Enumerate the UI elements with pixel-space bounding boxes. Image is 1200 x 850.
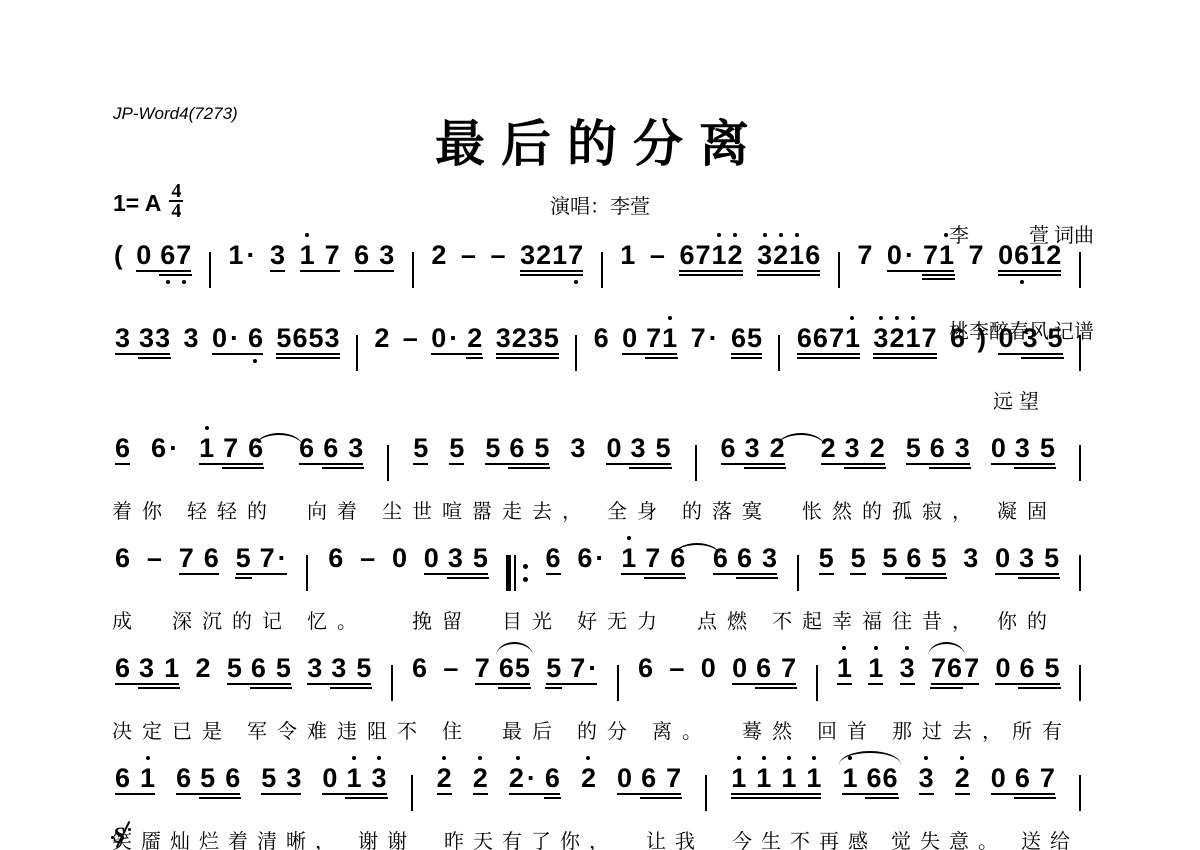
- note-subgroup: 53: [261, 765, 301, 792]
- note: 7·: [691, 325, 718, 352]
- augmentation-dot: ·: [449, 325, 458, 352]
- beam-underline: [138, 687, 180, 689]
- music-row-1: (0671·317632––32171–6712321670·7170612: [112, 230, 1087, 288]
- note: 7·: [570, 655, 597, 682]
- note-subgroup: 63: [737, 545, 777, 572]
- note: 5: [544, 325, 559, 352]
- beam-underline: [721, 463, 785, 465]
- note: 7: [568, 242, 583, 269]
- note-subgroup: 3217: [520, 242, 583, 269]
- note: 6: [797, 325, 812, 352]
- note-group: 335: [307, 655, 371, 693]
- note: 3: [1015, 435, 1030, 462]
- note-group: 065: [995, 655, 1059, 693]
- note-group: 6·: [151, 435, 178, 464]
- note: 0: [322, 765, 337, 792]
- barline: [1079, 555, 1081, 591]
- note-group: 1·: [228, 242, 255, 271]
- note-group: 067: [732, 655, 796, 693]
- octave-dot-high: [733, 233, 737, 237]
- note-group: 63: [354, 242, 394, 276]
- note-subgroup: 5: [413, 435, 428, 462]
- octave-dot-high: [911, 316, 915, 320]
- note: 3: [155, 325, 170, 352]
- note-subgroup: 32: [845, 435, 885, 462]
- note-subgroup: 66: [866, 765, 897, 792]
- note: 5: [276, 655, 291, 682]
- octave-dot-high: [305, 233, 309, 237]
- octave-dot-high: [787, 756, 791, 760]
- octave-dot-high: [146, 756, 150, 760]
- segno-dot: [111, 836, 114, 839]
- lyrics-line: 远望: [112, 385, 1087, 414]
- note: 5: [819, 545, 834, 572]
- beam-underline: [508, 467, 550, 469]
- augmentation-dot: ·: [527, 765, 536, 792]
- note: 3: [745, 435, 760, 462]
- octave-dot-high: [879, 316, 883, 320]
- note: 0·: [887, 242, 914, 269]
- parenthesis: ): [977, 325, 986, 351]
- barline: [695, 445, 697, 481]
- note: 6: [115, 545, 130, 572]
- note: 2: [870, 435, 885, 462]
- barline: [601, 252, 603, 288]
- note: 2: [467, 325, 482, 352]
- barline: [387, 445, 389, 481]
- note: 5: [200, 765, 215, 792]
- note-group: 3: [184, 325, 199, 354]
- note: 3: [1022, 325, 1037, 352]
- note-group: 2: [374, 325, 389, 354]
- note-subgroup: 35: [1019, 545, 1059, 572]
- note: 6: [594, 325, 609, 352]
- beam-underline: [995, 573, 1059, 575]
- note: 3: [448, 545, 463, 572]
- note-group: 035: [995, 545, 1059, 583]
- beam-underline: [115, 793, 155, 795]
- note: 1: [731, 765, 746, 792]
- note-subgroup: 35: [448, 545, 488, 572]
- note: 2: [728, 242, 743, 269]
- note: 7: [645, 545, 660, 572]
- beam-underline: [179, 573, 219, 575]
- beam-underline: [991, 793, 1055, 795]
- note-subgroup: 6: [594, 325, 609, 352]
- beam-underline: [431, 353, 482, 355]
- note-group: 7·: [691, 325, 718, 354]
- beam-underline: [644, 577, 686, 579]
- beam-underline: [545, 687, 562, 689]
- note-subgroup: 0: [136, 242, 151, 269]
- note-subgroup: 6: [248, 325, 263, 352]
- tie-arc: [839, 751, 900, 765]
- note: 1: [662, 325, 677, 352]
- note: 2: [437, 765, 452, 792]
- note-subgroup: 5: [850, 545, 865, 572]
- note: 7: [695, 242, 710, 269]
- note-group: 65: [731, 325, 762, 363]
- beam-underline: [995, 683, 1059, 685]
- beam-underline: [413, 463, 428, 465]
- note: 5: [261, 765, 276, 792]
- lyrics-line: 成 深沉的记 忆。 挽留 目光 好无力 点燃 不起幸福往昔， 你的: [112, 605, 1087, 634]
- augmentation-dot: ·: [595, 545, 604, 572]
- repeat-thin-bar: [514, 555, 516, 591]
- note-group: 663: [713, 545, 777, 583]
- duration-dash: –: [669, 655, 684, 682]
- note-subgroup: 32: [745, 435, 785, 462]
- beam-underline: [520, 274, 583, 276]
- beam-underline: [322, 467, 364, 469]
- note-subgroup: 6: [546, 545, 561, 572]
- note: 3: [570, 435, 585, 462]
- note-group: 565: [882, 545, 946, 583]
- beam-underline: [873, 353, 936, 355]
- note: 2: [431, 242, 446, 269]
- note-subgroup: 0·: [212, 325, 239, 352]
- note: 3: [307, 655, 322, 682]
- note: 6: [160, 242, 175, 269]
- beam-underline: [473, 793, 488, 795]
- beam-underline: [887, 270, 954, 272]
- beam-underline: [679, 274, 742, 276]
- note-group: 035: [998, 325, 1062, 363]
- notation-line: 66·176663555653035632232563035: [112, 423, 1087, 481]
- beam-underline: [227, 683, 291, 685]
- note-subgroup: 63: [354, 242, 394, 269]
- note-group: 1: [620, 242, 635, 271]
- note: 2: [955, 765, 970, 792]
- note-subgroup: 71: [646, 325, 677, 352]
- note: 1: [620, 242, 635, 269]
- note: 3: [379, 242, 394, 269]
- octave-dot-high: [442, 756, 446, 760]
- note-subgroup: 5: [227, 655, 242, 682]
- note: 7: [931, 655, 946, 682]
- music-row-5: 63125653356–76557·6–0067113767065决定已是 军令…: [112, 643, 1087, 744]
- note: 3: [762, 545, 777, 572]
- note-group: 2: [437, 765, 452, 799]
- note-subgroup: 35: [331, 655, 371, 682]
- octave-dot-low: [574, 280, 578, 284]
- beam-underline: [115, 463, 130, 465]
- beam-underline: [797, 353, 860, 355]
- note-subgroup: 2: [581, 765, 596, 792]
- note: 3: [270, 242, 285, 269]
- note-group: 0·2: [431, 325, 482, 363]
- octave-dot-high: [874, 646, 878, 650]
- octave-dot-low: [1020, 280, 1024, 284]
- note: 7: [325, 242, 340, 269]
- note-group: 2: [431, 242, 446, 271]
- note-subgroup: 1: [621, 545, 636, 572]
- repeat-dot: [523, 564, 528, 569]
- note: 3: [963, 545, 978, 572]
- barline: [306, 555, 308, 591]
- augmentation-dot: ·: [709, 325, 718, 352]
- beam-underline: [276, 357, 339, 359]
- note: 5: [276, 325, 291, 352]
- note: 5: [485, 435, 500, 462]
- lyrics-line: 笑靥灿烂着清晰， 谢谢 昨天有了你， 让我 今生不再感 觉失意。 送给: [112, 825, 1087, 850]
- beam-underline: [929, 467, 971, 469]
- beam-underline: [797, 357, 860, 359]
- note: 6: [638, 655, 653, 682]
- barline: [778, 335, 780, 371]
- note-subgroup: 6·: [577, 545, 604, 572]
- beam-underline: [873, 357, 936, 359]
- beam-underline: [261, 793, 301, 795]
- octave-dot-high: [779, 233, 783, 237]
- note: 2: [889, 325, 904, 352]
- beam-underline: [236, 573, 287, 575]
- beam-underline: [176, 793, 240, 795]
- note-subgroup: 2: [195, 655, 210, 682]
- note: 0: [136, 242, 151, 269]
- augmentation-dot: ·: [169, 435, 178, 462]
- note: 6: [950, 325, 965, 352]
- duration-dash: –: [147, 545, 162, 572]
- note: 0: [617, 765, 632, 792]
- note: 3: [845, 435, 860, 462]
- note-subgroup: 35: [1022, 325, 1062, 352]
- barline: [1079, 665, 1081, 701]
- note: 6: [176, 765, 191, 792]
- note: 5: [515, 655, 530, 682]
- note-group: 3: [570, 435, 585, 464]
- note-subgroup: 1: [199, 435, 214, 462]
- beam-underline: [930, 687, 963, 689]
- note-subgroup: 76: [179, 545, 219, 572]
- note: 1: [300, 242, 315, 269]
- note-subgroup: 67: [160, 242, 191, 269]
- note-subgroup: 0: [732, 655, 747, 682]
- note: 3: [139, 655, 154, 682]
- music-row-2: 33330·656532–0·2323560717·65667132176)03…: [112, 313, 1087, 414]
- beam-underline: [300, 270, 340, 272]
- note-subgroup: 76: [223, 435, 263, 462]
- note: 6: [323, 435, 338, 462]
- beam-underline: [842, 793, 897, 795]
- note-group: 7: [857, 242, 872, 271]
- note: 2·: [509, 765, 536, 792]
- note: 0: [732, 655, 747, 682]
- note-subgroup: 1: [837, 655, 852, 682]
- note-group: 565: [485, 435, 549, 473]
- note-group: 6·: [577, 545, 604, 574]
- note-group: 76: [179, 545, 219, 579]
- music-notation: (0671·317632––32171–6712321670·717061233…: [0, 0, 1200, 850]
- beam-underline: [115, 353, 170, 355]
- beam-underline: [629, 467, 671, 469]
- note: 1: [621, 545, 636, 572]
- note-group: 067: [136, 242, 191, 280]
- music-row-4: 6–7657·6–003566·176663555653035成 深沉的记 忆。…: [112, 533, 1087, 634]
- note: 7: [923, 242, 938, 269]
- beam-underline: [136, 270, 191, 272]
- note: 6·: [577, 545, 604, 572]
- note-subgroup: 35: [630, 435, 670, 462]
- note: 7: [964, 655, 979, 682]
- note: 2: [473, 765, 488, 792]
- notation-line: 6–7657·6–003566·176663555653035: [112, 533, 1087, 591]
- note: 6: [679, 242, 694, 269]
- beam-underline: [905, 577, 947, 579]
- note: 2: [581, 765, 596, 792]
- note-group: 1111: [731, 765, 821, 803]
- octave-dot-low: [166, 280, 170, 284]
- note-group: 035: [606, 435, 670, 473]
- note-group: 6: [594, 325, 609, 354]
- note: 7: [646, 325, 661, 352]
- note: 2: [512, 325, 527, 352]
- note: 3: [955, 435, 970, 462]
- note-group: 6: [412, 655, 427, 684]
- note-subgroup: 6: [176, 765, 191, 792]
- duration-dash: –: [490, 242, 505, 269]
- note: 6: [248, 325, 263, 352]
- beam-underline: [1018, 577, 1060, 579]
- octave-dot-high: [924, 756, 928, 760]
- note-subgroup: 13: [346, 765, 386, 792]
- note-subgroup: 0: [392, 545, 407, 572]
- note-subgroup: 3: [115, 325, 130, 352]
- note: 7: [922, 325, 937, 352]
- beam-underline: [250, 687, 292, 689]
- notation-line: 6165653013222·62067111116632067: [112, 753, 1087, 811]
- note-group: 565: [227, 655, 291, 693]
- beam-underline: [498, 687, 531, 689]
- octave-dot-low: [253, 359, 257, 363]
- barline: [797, 555, 799, 591]
- beam-underline: [736, 577, 778, 579]
- note: 5: [534, 435, 549, 462]
- note-subgroup: 63: [323, 435, 363, 462]
- note: 6: [906, 545, 921, 572]
- note-group: 6: [328, 545, 343, 574]
- note-subgroup: 2·: [509, 765, 536, 792]
- note: 6: [499, 655, 514, 682]
- octave-dot-high: [944, 233, 948, 237]
- note-subgroup: 2: [374, 325, 389, 352]
- duration-dash: –: [650, 242, 665, 269]
- note-subgroup: 1: [868, 655, 883, 682]
- barline: [575, 335, 577, 371]
- note-group: 6: [115, 545, 130, 574]
- note-subgroup: 65: [906, 545, 946, 572]
- octave-dot-high: [586, 756, 590, 760]
- notation-line: (0671·317632––32171–6712321670·7170612: [112, 230, 1087, 288]
- note: 5: [1040, 435, 1055, 462]
- beam-underline: [731, 353, 762, 355]
- note: 5: [413, 435, 428, 462]
- note-group: 765: [475, 655, 530, 693]
- augmentation-dot: ·: [588, 655, 597, 682]
- note: 6: [805, 242, 820, 269]
- note-subgroup: 1: [620, 242, 635, 269]
- barline: [411, 775, 413, 811]
- note-group: 232: [821, 435, 885, 473]
- note: 3: [371, 765, 386, 792]
- note-subgroup: 2: [821, 435, 836, 462]
- beam-underline: [546, 573, 561, 575]
- barline: [705, 775, 707, 811]
- note-group: 3: [919, 765, 934, 799]
- note-group: 035: [991, 435, 1055, 473]
- note: 6: [412, 655, 427, 682]
- note-subgroup: 0: [991, 435, 1006, 462]
- beam-underline: [850, 573, 865, 575]
- beam-underline: [998, 353, 1062, 355]
- note-subgroup: 5: [906, 435, 921, 462]
- note: 7: [781, 655, 796, 682]
- octave-dot-high: [668, 316, 672, 320]
- note: 6: [115, 655, 130, 682]
- beam-underline: [713, 573, 777, 575]
- beam-underline: [679, 270, 742, 272]
- note: 6: [813, 325, 828, 352]
- beam-underline: [138, 357, 171, 359]
- note-subgroup: 35: [1015, 435, 1055, 462]
- note-subgroup: 3: [900, 655, 915, 682]
- octave-dot-high: [737, 756, 741, 760]
- note-subgroup: 2: [955, 765, 970, 792]
- beam-underline: [837, 683, 852, 685]
- beam-underline: [330, 687, 372, 689]
- note: 1: [845, 325, 860, 352]
- note: 6: [115, 435, 130, 462]
- note-group: 6: [546, 545, 561, 579]
- note-subgroup: 0: [606, 435, 621, 462]
- octave-dot-high: [842, 646, 846, 650]
- note: 7: [176, 242, 191, 269]
- beam-underline: [819, 573, 834, 575]
- note-subgroup: 0: [995, 545, 1010, 572]
- beam-underline: [955, 793, 970, 795]
- note-subgroup: 33: [139, 325, 170, 352]
- note: 1: [552, 242, 567, 269]
- tie-arc: [928, 642, 965, 656]
- note-group: 2: [473, 765, 488, 799]
- note-subgroup: 65: [251, 655, 291, 682]
- note-subgroup: 7: [475, 655, 490, 682]
- note: 5: [931, 545, 946, 572]
- beam-underline: [868, 683, 883, 685]
- duration-dash: –: [360, 545, 375, 572]
- note: 6: [641, 765, 656, 792]
- note-group: 0·71: [887, 242, 954, 284]
- beam-underline: [744, 467, 786, 469]
- note: 6: [251, 655, 266, 682]
- note-group: 166: [842, 765, 897, 803]
- beam-underline: [900, 683, 915, 685]
- beam-underline: [115, 683, 179, 685]
- note: 6: [204, 545, 219, 572]
- lyrics-line: 决定已是 军令难违阻不 住 最后 的分 离。 蓦然 回首 那过去，所有: [112, 715, 1087, 744]
- note-group: 17: [300, 242, 340, 276]
- beam-underline: [1014, 797, 1056, 799]
- note: 5: [906, 435, 921, 462]
- note-subgroup: 0: [617, 765, 632, 792]
- note-subgroup: 7: [857, 242, 872, 269]
- note: 3: [1019, 545, 1034, 572]
- note: 2: [821, 435, 836, 462]
- octave-dot-high: [377, 756, 381, 760]
- note-group: 2: [581, 765, 596, 794]
- note: 6: [713, 545, 728, 572]
- note-subgroup: 65: [499, 655, 530, 682]
